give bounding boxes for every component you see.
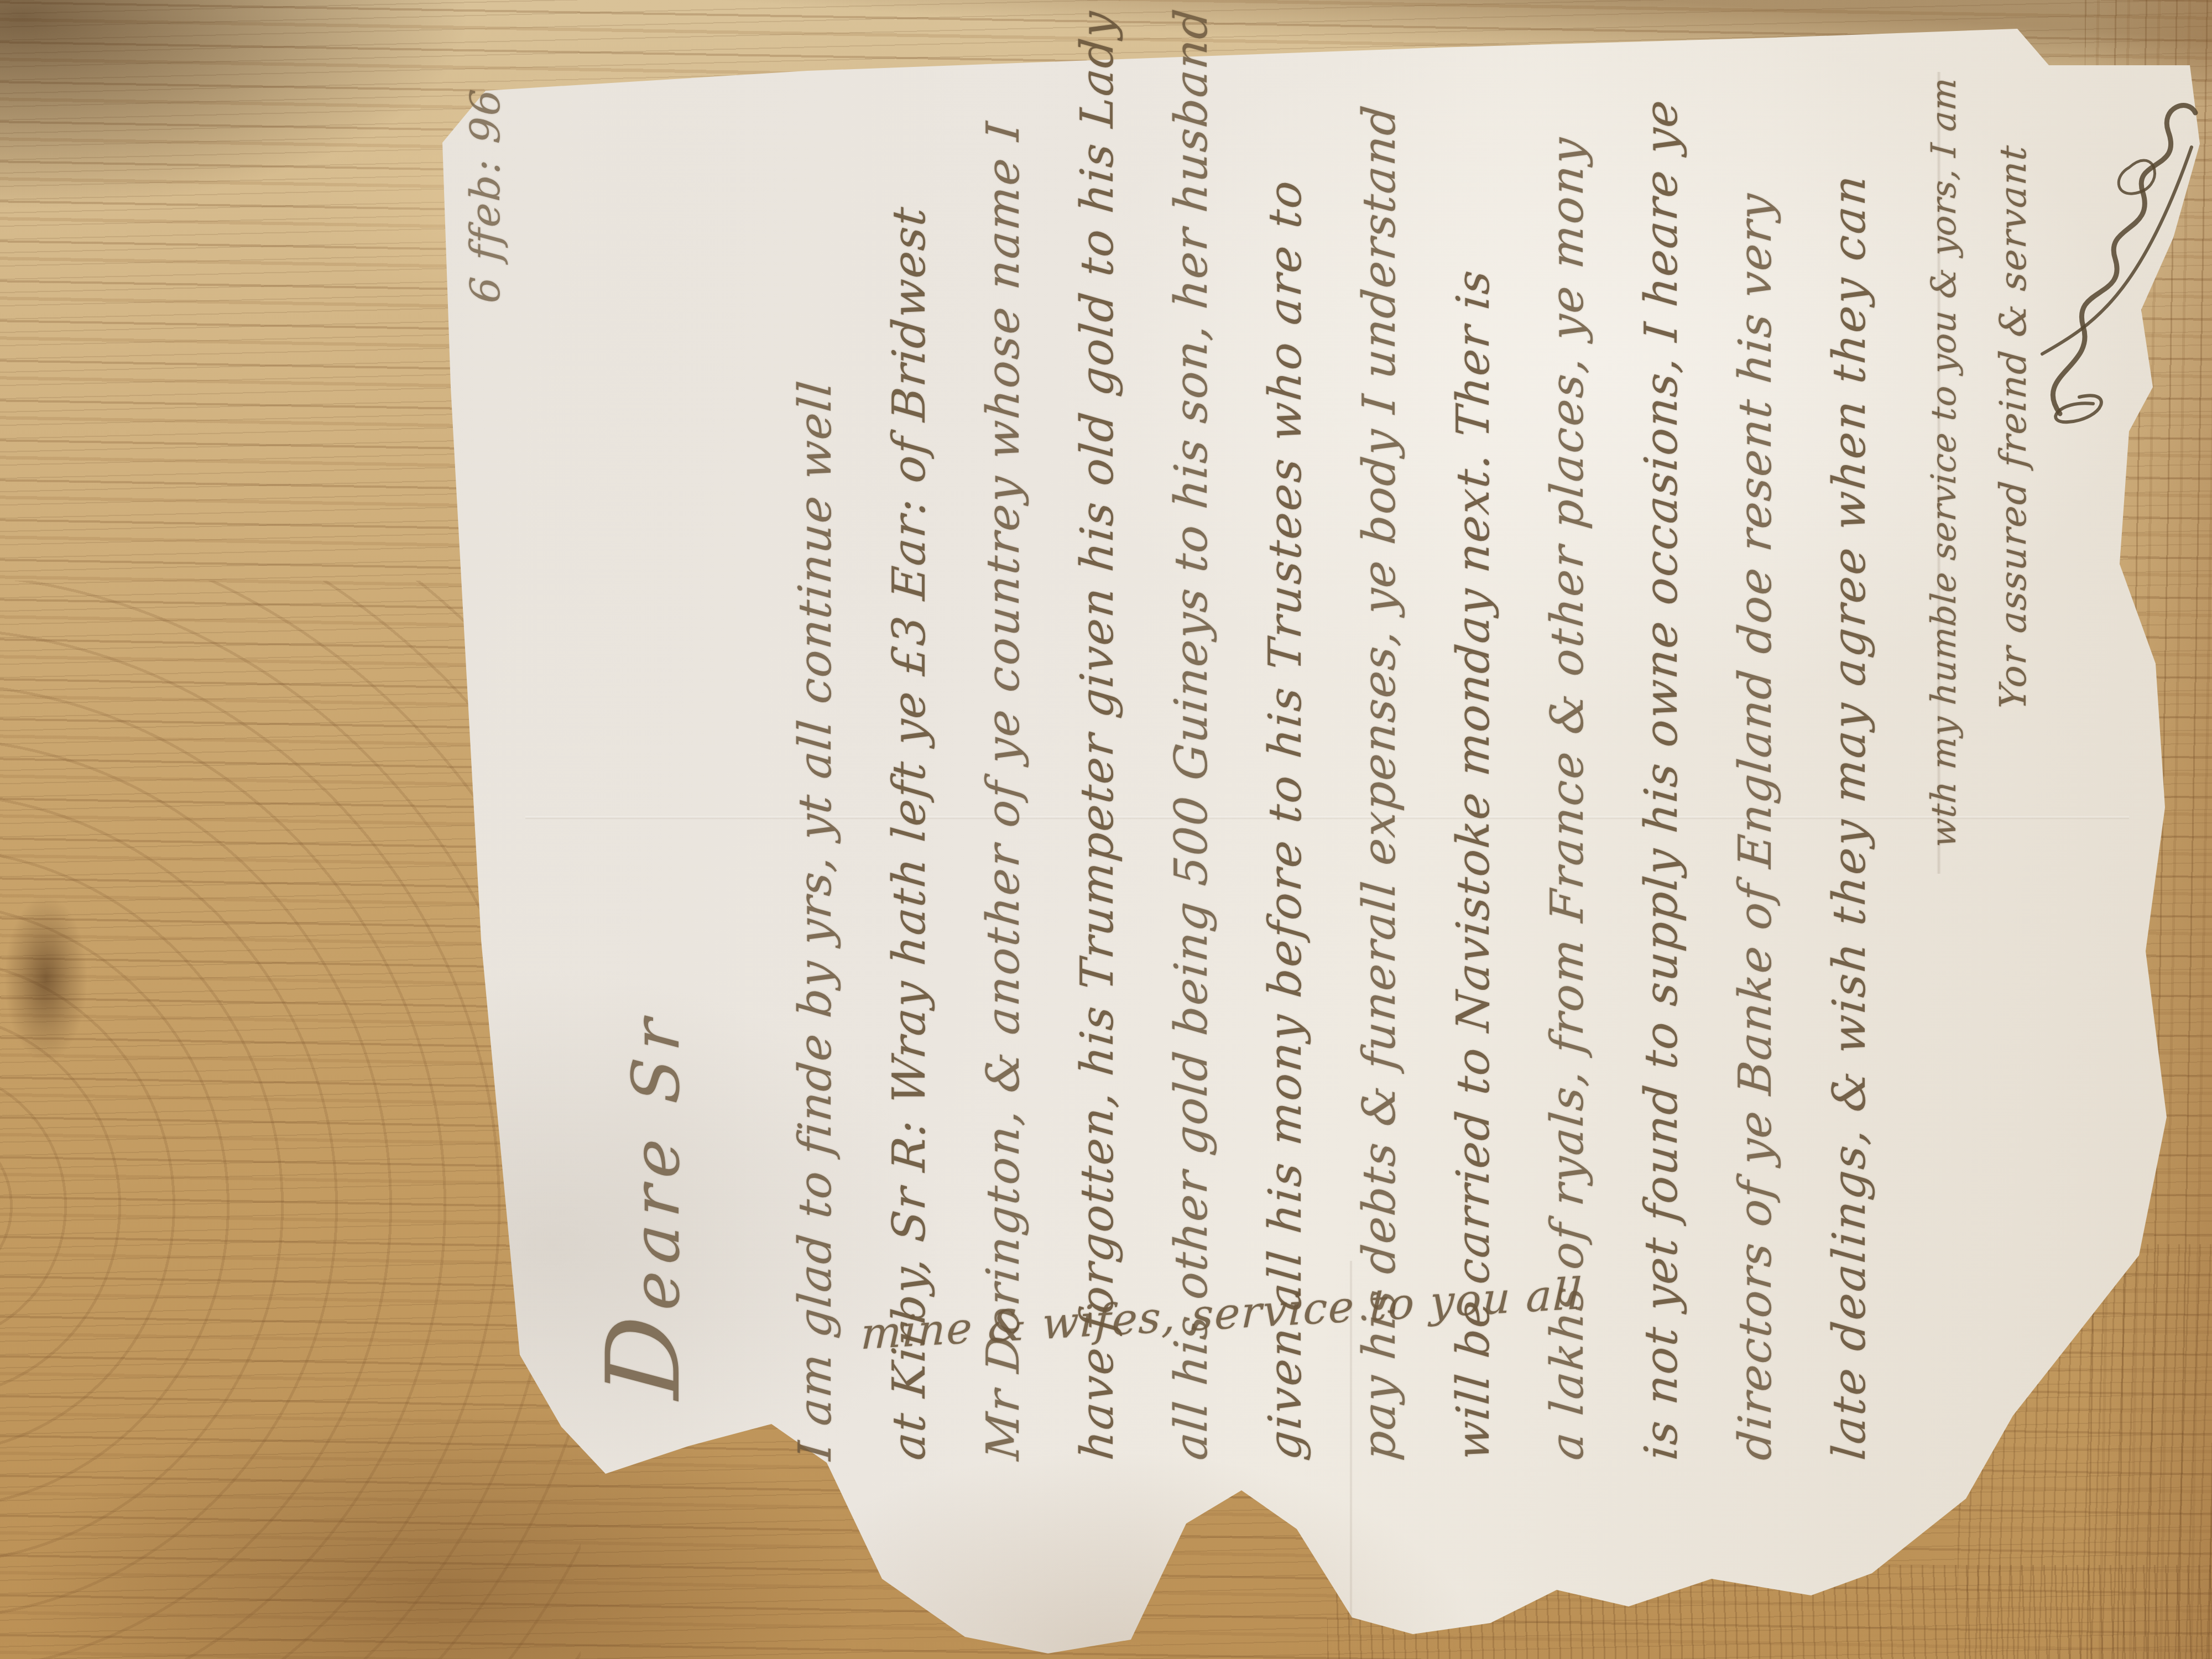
photo-vignette [0, 0, 2212, 1659]
photo-scene: 6 ffeb: 96 Deare Sr I am glad to finde b… [0, 0, 2212, 1659]
